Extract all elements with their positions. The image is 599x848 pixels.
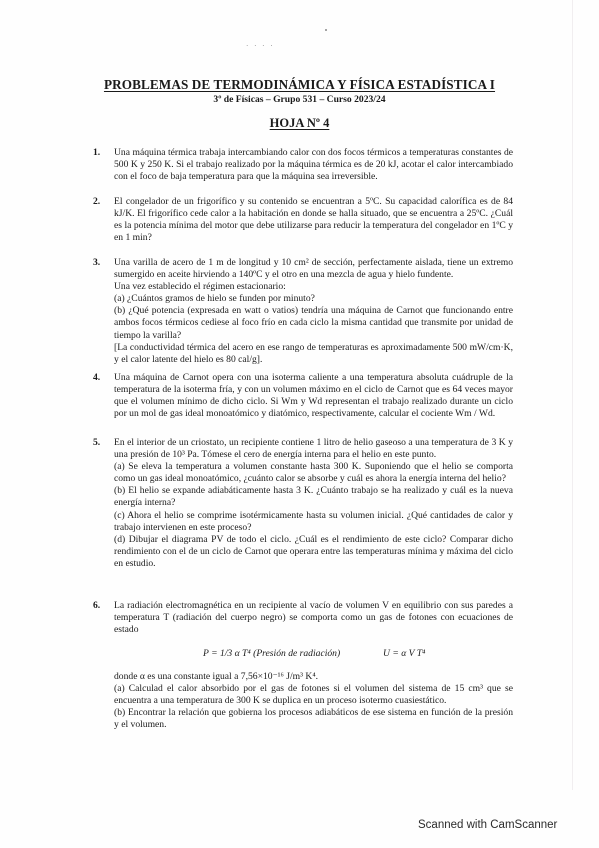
- problem-text: Una varilla de acero de 1 m de longitud …: [114, 257, 513, 366]
- problem-number: 2.: [93, 196, 100, 207]
- sheet-number: HOJA Nº 4: [0, 116, 599, 131]
- problem-text-continued: donde α es una constante igual a 7,56×10…: [114, 671, 513, 731]
- problem-part-d: (d) Dibujar el diagrama PV de todo el ci…: [114, 534, 513, 570]
- problem-paragraph: donde α es una constante igual a 7,56×10…: [114, 671, 513, 683]
- problem-part-b: (b) El helio se expande adiabáticamente …: [114, 485, 513, 509]
- problem-number: 3.: [93, 257, 100, 268]
- problem-data-note: [La conductividad térmica del acero en e…: [114, 342, 513, 366]
- equation-text: U = α V T⁴: [383, 648, 425, 659]
- problem-number: 4.: [93, 372, 100, 383]
- scan-speck: [325, 29, 327, 31]
- problem-paragraph: Una máquina térmica trabaja intercambian…: [114, 147, 513, 183]
- problem-part-b: (b) Encontrar la relación que gobierna l…: [114, 707, 513, 731]
- problem-paragraph: Una máquina de Carnot opera con una isot…: [114, 372, 513, 420]
- scan-specks: · · · ·: [246, 42, 275, 50]
- equation-internal-energy: U = α V T⁴: [383, 648, 425, 659]
- problem-number: 1.: [93, 147, 100, 158]
- document-title: PROBLEMAS DE TERMODINÁMICA Y FÍSICA ESTA…: [0, 77, 599, 93]
- problem-paragraph: En el interior de un criostato, un recip…: [114, 437, 513, 461]
- problem-part-a: (a) ¿Cuántos gramos de hielo se funden p…: [114, 293, 513, 305]
- problem-part-a: (a) Se eleva la temperatura a volumen co…: [114, 461, 513, 485]
- problem-part-a: (a) Calculad el calor absorbido por el g…: [114, 683, 513, 707]
- problem-part-b: (b) ¿Qué potencia (expresada en watt o v…: [114, 305, 513, 341]
- document-subtitle: 3º de Físicas – Grupo 531 – Curso 2023/2…: [0, 94, 599, 105]
- problem-paragraph: La radiación electromagnética en un reci…: [114, 600, 513, 636]
- problem-number: 6.: [93, 600, 100, 611]
- problem-paragraph: Una vez establecido el régimen estaciona…: [114, 281, 513, 293]
- problem-text: En el interior de un criostato, un recip…: [114, 437, 513, 570]
- equation-text: P = 1/3 α T⁴ (Presión de radiación): [203, 648, 340, 659]
- problem-text: La radiación electromagnética en un reci…: [114, 600, 513, 636]
- problem-text: Una máquina de Carnot opera con una isot…: [114, 372, 513, 420]
- scanned-page: · · · · PROBLEMAS DE TERMODINÁMICA Y FÍS…: [0, 0, 599, 848]
- problem-paragraph: Una varilla de acero de 1 m de longitud …: [114, 257, 513, 281]
- problem-text: Una máquina térmica trabaja intercambian…: [114, 147, 513, 183]
- problem-part-c: (c) Ahora el helio se comprime isotérmic…: [114, 510, 513, 534]
- problem-paragraph: El congelador de un frigorífico y su con…: [114, 196, 513, 244]
- problem-text: El congelador de un frigorífico y su con…: [114, 196, 513, 244]
- scanner-watermark: Scanned with CamScanner: [418, 819, 557, 831]
- equation-radiation-pressure: P = 1/3 α T⁴ (Presión de radiación): [203, 648, 340, 659]
- problem-number: 5.: [93, 437, 100, 448]
